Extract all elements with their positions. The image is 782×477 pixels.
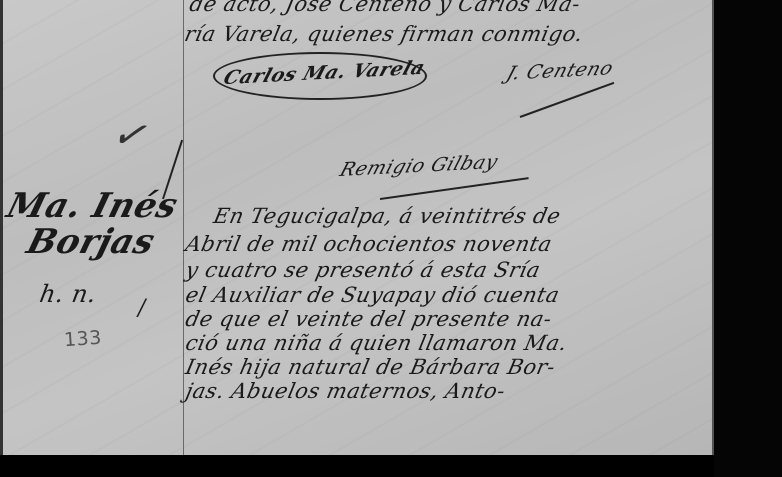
entry-line-2: Abril de mil ochocientos noventa <box>183 232 554 256</box>
entry-number: 133 <box>63 327 102 352</box>
margin-slash: / <box>138 296 146 321</box>
continuation-line-2: ría Varela, quienes firman conmigo. <box>182 22 585 46</box>
entry-line-4: el Auxiliar de Suyapay dió cuenta <box>183 283 561 307</box>
margin-status: h. n. <box>38 280 99 308</box>
margin-name-first: Ma. Inés <box>3 186 182 226</box>
entry-line-8: jas. Abuelos maternos, Anto- <box>183 379 507 403</box>
entry-line-5: de que el veinte del presente na- <box>183 307 554 331</box>
entry-line-6: ció una niña á quien llamaron Ma. <box>183 331 569 355</box>
scan-border <box>714 0 782 477</box>
register-page: de acto, José Centeno y Carlos Ma- ría V… <box>0 0 714 455</box>
margin-rule <box>183 0 184 455</box>
continuation-line-1: de acto, José Centeno y Carlos Ma- <box>187 0 582 16</box>
entry-line-3: y cuatro se presentó á esta Sría <box>183 258 542 282</box>
margin-name-surname: Borjas <box>23 222 160 262</box>
entry-line-7: Inés hija natural de Bárbara Bor- <box>183 355 557 379</box>
entry-line-1: En Tegucigalpa, á veintitrés de <box>211 204 562 228</box>
